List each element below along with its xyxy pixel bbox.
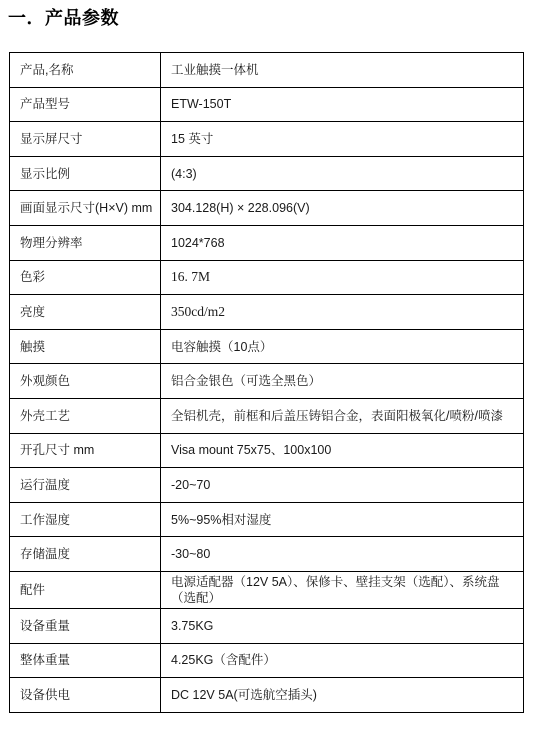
document-page: 一．产品参数 产品,名称工业触摸一体机产品型号ETW-150T显示屏尺寸15 英… — [0, 0, 537, 742]
spec-label: 物理分辨率 — [10, 225, 161, 260]
spec-label: 配件 — [10, 571, 161, 608]
spec-label: 外壳工艺 — [10, 398, 161, 433]
table-row: 开孔尺寸 mmVisa mount 75x75、100x100 — [10, 433, 524, 468]
table-row: 运行温度-20~70 — [10, 468, 524, 503]
table-row: 产品型号ETW-150T — [10, 87, 524, 122]
spec-value: (4:3) — [161, 156, 524, 191]
spec-label: 画面显示尺寸(H×V) mm — [10, 191, 161, 226]
spec-label: 设备供电 — [10, 678, 161, 713]
table-row: 色彩16. 7M — [10, 260, 524, 295]
table-row: 显示屏尺寸15 英寸 — [10, 122, 524, 157]
table-row: 外壳工艺全铝机壳，前框和后盖压铸铝合金，表面阳极氧化/喷粉/喷漆 — [10, 398, 524, 433]
table-row: 亮度350cd/m2 — [10, 295, 524, 330]
table-row: 画面显示尺寸(H×V) mm304.128(H) × 228.096(V) — [10, 191, 524, 226]
spec-value: 4.25KG（含配件） — [161, 643, 524, 678]
spec-value: 全铝机壳，前框和后盖压铸铝合金，表面阳极氧化/喷粉/喷漆 — [161, 398, 524, 433]
spec-value: 3.75KG — [161, 608, 524, 643]
spec-value: 工业触摸一体机 — [161, 53, 524, 88]
table-row: 配件电源适配器（12V 5A）、保修卡、壁挂支架（选配）、系统盘（选配） — [10, 571, 524, 608]
spec-value: 16. 7M — [161, 260, 524, 295]
spec-label: 工作湿度 — [10, 502, 161, 537]
table-row: 整体重量4.25KG（含配件） — [10, 643, 524, 678]
spec-value: 1024*768 — [161, 225, 524, 260]
spec-label: 存储温度 — [10, 537, 161, 572]
page-title: 一．产品参数 — [8, 6, 119, 30]
spec-label: 显示比例 — [10, 156, 161, 191]
spec-label: 显示屏尺寸 — [10, 122, 161, 157]
spec-label: 亮度 — [10, 295, 161, 330]
spec-value: Visa mount 75x75、100x100 — [161, 433, 524, 468]
spec-table-body: 产品,名称工业触摸一体机产品型号ETW-150T显示屏尺寸15 英寸显示比例(4… — [10, 53, 524, 713]
table-row: 显示比例(4:3) — [10, 156, 524, 191]
table-row: 设备重量3.75KG — [10, 608, 524, 643]
spec-value: 350cd/m2 — [161, 295, 524, 330]
table-row: 存储温度-30~80 — [10, 537, 524, 572]
table-row: 外观颜色铝合金银色（可选全黑色） — [10, 364, 524, 399]
spec-label: 产品型号 — [10, 87, 161, 122]
table-row: 触摸电容触摸（10点） — [10, 329, 524, 364]
spec-label: 整体重量 — [10, 643, 161, 678]
spec-value: 电容触摸（10点） — [161, 329, 524, 364]
spec-label: 色彩 — [10, 260, 161, 295]
spec-value: 电源适配器（12V 5A）、保修卡、壁挂支架（选配）、系统盘（选配） — [161, 571, 524, 608]
product-spec-table: 产品,名称工业触摸一体机产品型号ETW-150T显示屏尺寸15 英寸显示比例(4… — [9, 52, 524, 713]
spec-label: 产品,名称 — [10, 53, 161, 88]
table-row: 产品,名称工业触摸一体机 — [10, 53, 524, 88]
spec-value: 5%~95%相对湿度 — [161, 502, 524, 537]
table-row: 工作湿度5%~95%相对湿度 — [10, 502, 524, 537]
spec-label: 开孔尺寸 mm — [10, 433, 161, 468]
spec-label: 触摸 — [10, 329, 161, 364]
spec-value: DC 12V 5A(可选航空插头) — [161, 678, 524, 713]
table-row: 物理分辨率1024*768 — [10, 225, 524, 260]
spec-value: -30~80 — [161, 537, 524, 572]
spec-value: 304.128(H) × 228.096(V) — [161, 191, 524, 226]
spec-value: -20~70 — [161, 468, 524, 503]
spec-value: 铝合金银色（可选全黑色） — [161, 364, 524, 399]
table-row: 设备供电DC 12V 5A(可选航空插头) — [10, 678, 524, 713]
spec-value: ETW-150T — [161, 87, 524, 122]
spec-label: 外观颜色 — [10, 364, 161, 399]
spec-value: 15 英寸 — [161, 122, 524, 157]
spec-label: 设备重量 — [10, 608, 161, 643]
spec-label: 运行温度 — [10, 468, 161, 503]
